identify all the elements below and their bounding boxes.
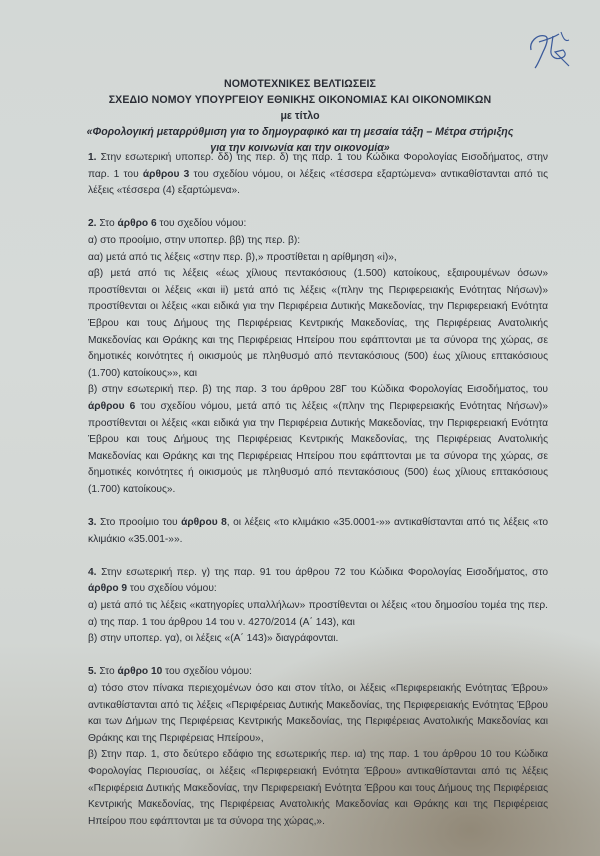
amendment-section: 3. Στο προοίμιο του άρθρου 8, οι λέξεις … [88,515,548,548]
amendment-paragraph: β) στην υποπερ. γα), οι λέξεις «(Α΄ 143)… [88,631,548,648]
section-number: 4. [88,567,97,578]
amendment-section: 2. Στο άρθρο 6 του σχεδίου νόμου:α) στο … [88,216,548,498]
amendment-paragraph: α) τόσο στον πίνακα περιεχομένων όσο και… [88,681,548,747]
header-ministry: ΣΧΕΔΙΟ ΝΟΜΟΥ ΥΠΟΥΡΓΕΙΟΥ ΕΘΝΙΚΗΣ ΟΙΚΟΝΟΜΙ… [0,92,600,108]
signature-icon [525,28,575,70]
header-with-title: με τίτλο [0,108,600,124]
section-number: 5. [88,666,97,677]
document-header: ΝΟΜΟΤΕΧΝΙΚΕΣ ΒΕΛΤΙΩΣΕΙΣ ΣΧΕΔΙΟ ΝΟΜΟΥ ΥΠΟ… [0,76,600,156]
section-number: 1. [88,152,97,163]
amendment-paragraph: 4. Στην εσωτερική περ. γ) της παρ. 91 το… [88,565,548,598]
article-reference: άρθρου 6 [88,401,135,412]
amendment-paragraph: α) στο προοίμιο, στην υποπερ. ββ) της πε… [88,233,548,250]
header-title: ΝΟΜΟΤΕΧΝΙΚΕΣ ΒΕΛΤΙΩΣΕΙΣ [0,76,600,92]
amendment-paragraph: αα) μετά από τις λέξεις «στην περ. β),» … [88,250,548,267]
document-page: ΝΟΜΟΤΕΧΝΙΚΕΣ ΒΕΛΤΙΩΣΕΙΣ ΣΧΕΔΙΟ ΝΟΜΟΥ ΥΠΟ… [0,0,600,856]
amendment-section: 1. Στην εσωτερική υποπερ. δδ) της περ. δ… [88,150,548,200]
article-reference: άρθρο 9 [88,583,127,594]
section-number: 3. [88,517,97,528]
amendment-paragraph: α) μετά από τις λέξεις «κατηγορίες υπαλλ… [88,598,548,631]
amendment-paragraph: 3. Στο προοίμιο του άρθρου 8, οι λέξεις … [88,515,548,548]
section-number: 2. [88,218,97,229]
amendment-paragraph: αβ) μετά από τις λέξεις «έως χίλιους πεν… [88,266,548,382]
amendment-paragraph: β) στην εσωτερική περ. β) της παρ. 3 του… [88,382,548,498]
amendment-paragraph: β) Στην παρ. 1, στο δεύτερο εδάφιο της ε… [88,747,548,830]
article-reference: άρθρο 10 [118,666,163,677]
amendment-section: 5. Στο άρθρο 10 του σχεδίου νόμου:α) τόσ… [88,664,548,830]
header-bill-title-1: «Φορολογική μεταρρύθμιση για το δημογραφ… [0,124,600,140]
article-reference: άρθρο 6 [118,218,157,229]
article-reference: άρθρου 8 [181,517,227,528]
amendment-paragraph: 5. Στο άρθρο 10 του σχεδίου νόμου: [88,664,548,681]
amendment-paragraph: 2. Στο άρθρο 6 του σχεδίου νόμου: [88,216,548,233]
amendment-section: 4. Στην εσωτερική περ. γ) της παρ. 91 το… [88,565,548,648]
document-body: 1. Στην εσωτερική υποπερ. δδ) της περ. δ… [88,150,548,847]
article-reference: άρθρου 3 [143,169,189,180]
amendment-paragraph: 1. Στην εσωτερική υποπερ. δδ) της περ. δ… [88,150,548,200]
